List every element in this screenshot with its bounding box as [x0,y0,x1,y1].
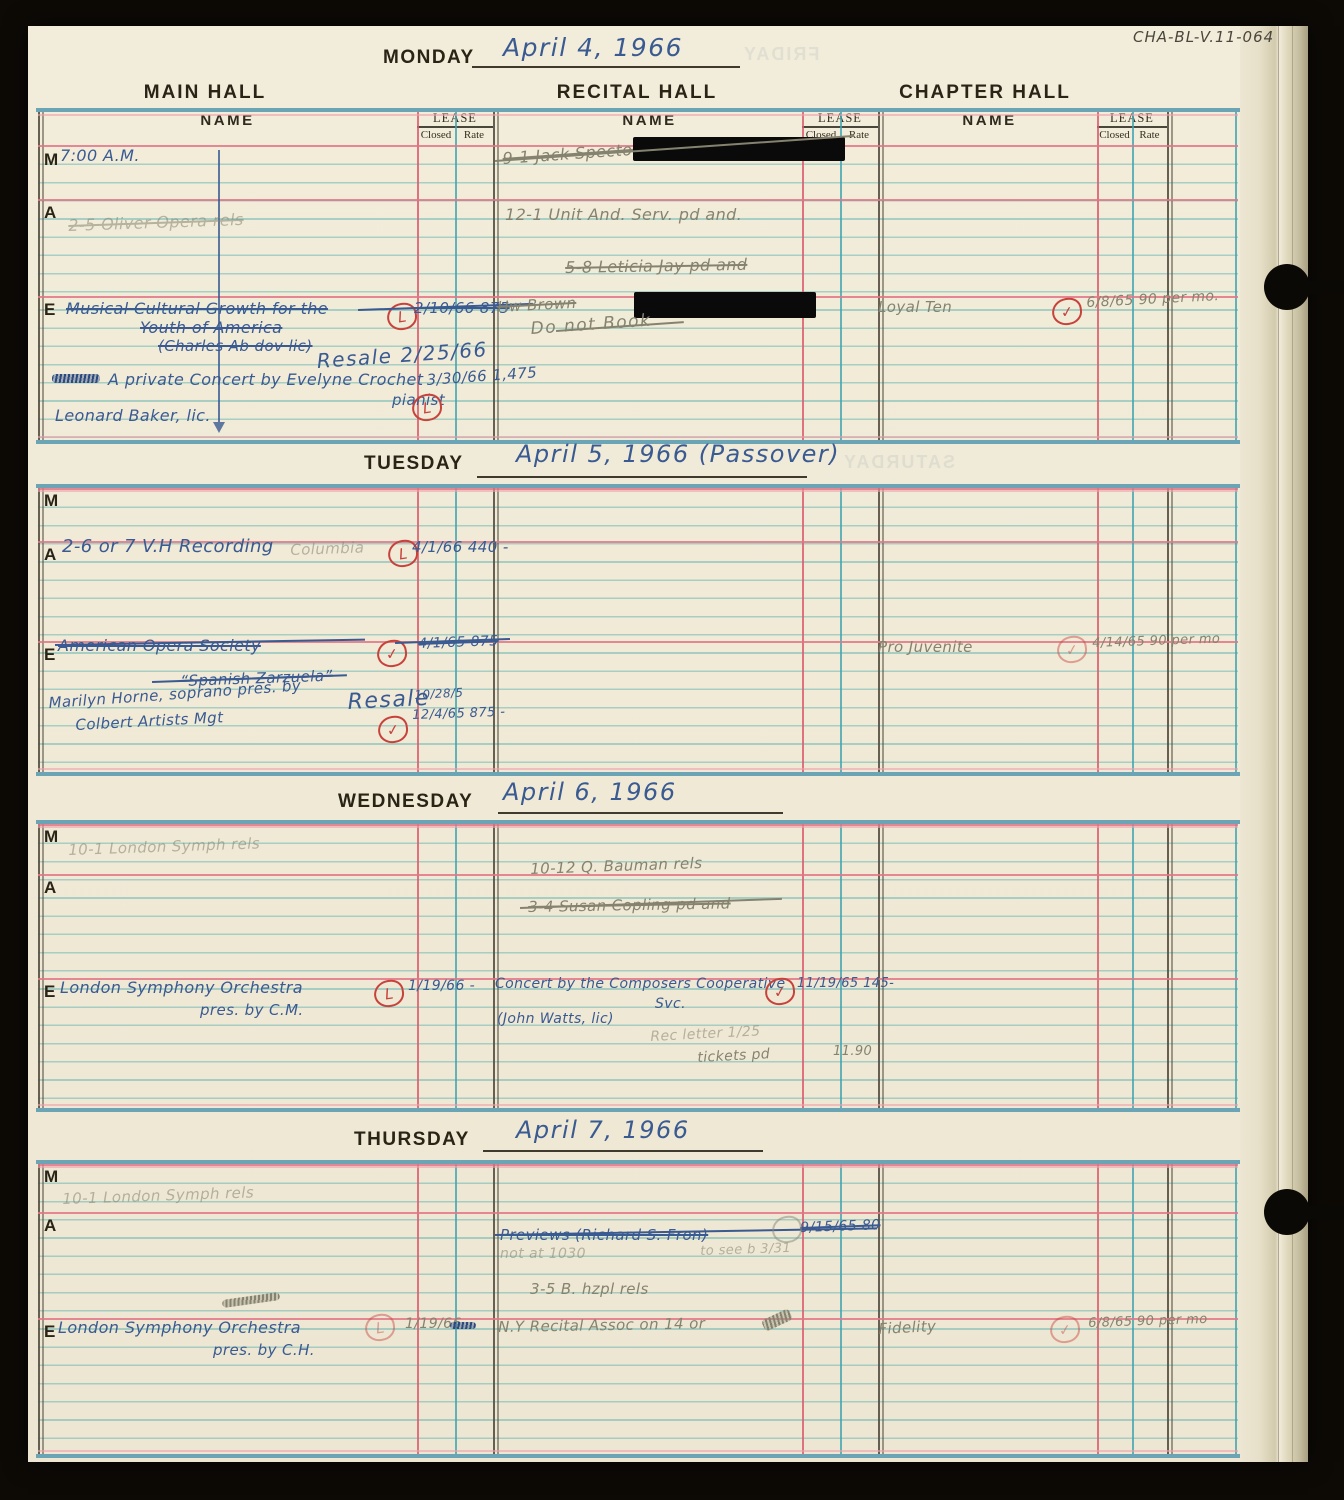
dark-column-line [1167,824,1169,1108]
handwritten-entry: 9/15/65 80 [800,1217,881,1236]
handwritten-entry: N.Y Recital Assoc on 14 or [498,1314,705,1336]
handwritten-entry: 5-8 Leticia Jay pd and [565,255,748,277]
dark-column-line [1167,112,1169,440]
day-date-handwritten: April 7, 1966 [516,1116,690,1144]
table-top-pink-line [38,490,1238,492]
row-label-E: E [44,645,55,665]
red-column-line [1097,488,1099,772]
red-column-line [802,824,804,1108]
handwritten-entry: A private Concert by Evelyne Crochet [108,370,423,389]
handwritten-entry: Youth of America [140,318,282,337]
handwritten-entry: 12-1 Unit And. Serv. pd and. [505,205,742,224]
row-label-A: A [44,878,56,898]
ruled-lines [38,1166,1238,1454]
handwritten-entry: 11/19/65 145- [797,976,894,991]
red-column-line [1097,112,1099,440]
row-label-A: A [44,545,56,565]
red-column-line [802,112,804,440]
dark-column-line [38,112,40,440]
teal-column-line [455,112,457,440]
day-label: TUESDAY [364,453,464,475]
day-date-handwritten: April 6, 1966 [503,778,677,806]
handwritten-entry: London Symphony Orchestra [60,978,303,997]
row-separator-line [38,1212,1238,1214]
dark-column-line [1167,1164,1169,1454]
table-top-pink-line [38,826,1238,828]
handwritten-entry: Concert by the Composers Cooperative [495,976,786,992]
redaction-bar [634,292,816,318]
teal-column-line [840,112,842,440]
row-separator-line [38,874,1238,876]
hall-title: CHAPTER HALL [825,82,1145,104]
table-top-pink-line [38,114,1238,116]
row-label-M: M [44,827,58,847]
scribble-mark [52,374,100,383]
table-top-pink-line [38,1166,1238,1168]
teal-column-line [455,488,457,772]
row-label-A: A [44,203,56,223]
handwritten-entry: 4/1/66 440 - [412,538,509,556]
day-date-underline [498,812,783,814]
red-column-line [1097,824,1099,1108]
red-column-line [417,488,419,772]
handwritten-entry: 2-6 or 7 V.H Recording [62,536,274,557]
scribble-mark [450,1322,476,1329]
day-date-handwritten: April 5, 1966 (Passover) [516,440,840,468]
row-label-E: E [44,982,55,1002]
dark-column-line [878,488,880,772]
teal-column-line [1132,112,1134,440]
dark-column-line [878,1164,880,1454]
handwritten-entry: pres. by C.M. [200,1001,304,1019]
teal-column-line [1132,488,1134,772]
day-date-underline [477,476,807,478]
handwritten-entry: 1/19/66 - [408,978,475,994]
page-edge-curl [1240,26,1308,1462]
punch-slot-top [1300,281,1344,294]
red-column-line [802,488,804,772]
hall-title: MAIN HALL [45,82,365,104]
dark-column-line [878,112,880,440]
day-date-handwritten: April 4, 1966 [503,33,683,62]
red-column-line [1097,1164,1099,1454]
dark-column-line [38,488,40,772]
handwritten-arrowhead [213,422,225,433]
handwritten-entry: Svc. [655,996,686,1012]
handwritten-entry: (John Watts, lic) [497,1011,614,1027]
table-bottom-pink-line [38,436,1238,438]
row-label-A: A [44,1216,56,1236]
ruled-lines [38,490,1238,772]
bleed-through-text: FRIDAY [742,44,819,65]
handwritten-entry: not at 1030 [500,1246,586,1262]
teal-column-line [840,488,842,772]
day-label: MONDAY [383,47,475,69]
handwritten-entry: London Symphony Orchestra [58,1318,301,1337]
teal-column-line [1235,1164,1237,1454]
handwritten-entry: Pro Juvenite [878,638,973,656]
handwritten-entry: Leonard Baker, lic. [55,406,211,425]
handwritten-entry: 11.90 [833,1044,872,1059]
teal-column-line [455,824,457,1108]
row-label-M: M [44,491,58,511]
row-label-E: E [44,300,55,320]
red-column-line [802,1164,804,1454]
red-column-line [417,1164,419,1454]
dark-column-line [878,824,880,1108]
dark-column-line [1167,488,1169,772]
row-label-E: E [44,1322,55,1342]
handwritten-entry: 10/28/5 [414,685,464,702]
day-date-underline [472,66,740,68]
handwritten-entry: Columbia [290,538,365,559]
table-bottom-pink-line [38,768,1238,770]
teal-column-line [1235,824,1237,1108]
dark-column-line [493,488,495,772]
handwritten-entry: Musical Cultural Growth for the [66,299,328,318]
handwritten-entry: 3-5 B. hzpl rels [530,1280,649,1298]
punch-slot-bottom [1300,1206,1344,1219]
handwritten-entry: Fidelity [878,1317,937,1338]
dark-column-line [38,1164,40,1454]
catalog-code: CHA-BL-V.11-064 [1133,28,1274,46]
table-bottom-pink-line [38,1450,1238,1452]
row-label-M: M [44,150,58,170]
teal-column-line [1132,824,1134,1108]
handwritten-entry: pres. by C.H. [213,1341,315,1359]
row-label-M: M [44,1167,58,1187]
day-date-underline [483,1150,763,1152]
dark-column-line [493,824,495,1108]
handwritten-entry: Loyal Ten [878,298,952,316]
day-label: WEDNESDAY [338,791,473,813]
bleed-through-text: SATURDAY [842,452,955,473]
teal-column-line [840,1164,842,1454]
day-label: THURSDAY [354,1129,470,1151]
teal-column-line [840,824,842,1108]
table-bottom-pink-line [38,1104,1238,1106]
handwritten-entry: American Opera Society [58,636,261,655]
ledger-scan: CHA-BL-V.11-064 FRIDAYSATURDAYMONDAYApri… [0,0,1344,1500]
hall-title: RECITAL HALL [477,82,797,104]
dark-column-line [493,1164,495,1454]
teal-column-line [1235,112,1237,440]
handwritten-entry: 7:00 A.M. [60,146,140,165]
teal-column-line [455,1164,457,1454]
handwritten-entry: (Charles Ab dov lic) [158,337,313,355]
dark-column-line [38,824,40,1108]
red-column-line [417,824,419,1108]
teal-column-line [1132,1164,1134,1454]
teal-column-line [1235,488,1237,772]
handwritten-entry: to see b 3/31 [700,1241,791,1259]
